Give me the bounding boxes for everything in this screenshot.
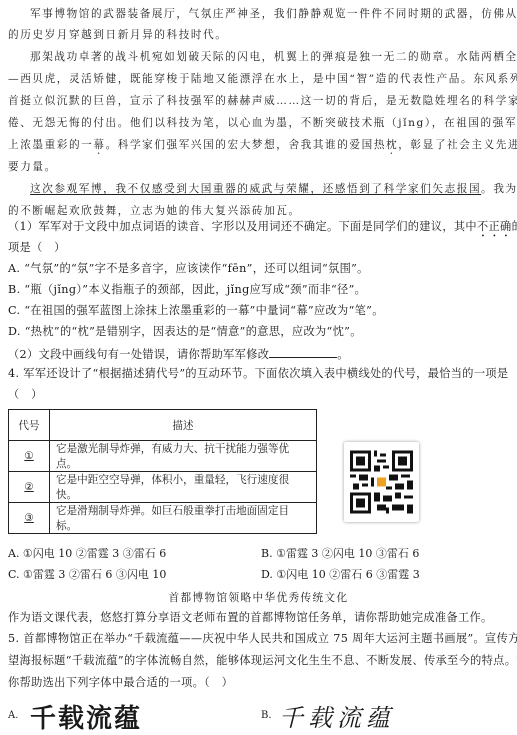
code-description-table: 代号 描述 ① 它是激光制导炸弹，有威力大、抗干扰能力强等优点。 ② 它是中距空… bbox=[8, 409, 317, 534]
q1-stem-line1: （1）军军对于文段中加点词语的读音、字形以及用词还不确定。下面是同学们的建议，其… bbox=[8, 220, 509, 240]
row-description: 它是滑翔制导炸弹。如巨石般重拳打击地面固定目标。 bbox=[50, 503, 317, 534]
row-code: ③ bbox=[9, 503, 50, 534]
passage-p1-line2: 的历史岁月穿越到日新月异的科技时代。 bbox=[8, 28, 509, 42]
row-description: 它是激光制导炸弹，有威力大、抗干扰能力强等优点。 bbox=[50, 441, 317, 472]
table-row: ③ 它是滑翔制导炸弹。如巨石般重拳打击地面固定目标。 bbox=[9, 503, 317, 534]
q5-option-a-calligraphy: 千载流蕴 bbox=[30, 698, 142, 735]
table-header-row: 代号 描述 bbox=[9, 410, 317, 441]
q4-option-a: A. ①闪电 10 ②雷霆 3 ③雷石 6 bbox=[8, 547, 166, 561]
passage-p2-line5: 上浓墨重彩的一幕。科学家们强军兴国的宏大梦想，舍我其谁的爱国热枕，彰显了社会主义… bbox=[8, 138, 509, 157]
passage-p2-line1: 那架战功卓著的战斗机宛如划破天际的闪电，机翼上的弹痕是独一无二的勋章。水陆两栖全… bbox=[30, 50, 509, 64]
emphasized-word: 不正确 bbox=[477, 220, 512, 233]
answer-blank[interactable] bbox=[269, 346, 337, 358]
emphasized-word: 幕 bbox=[93, 139, 105, 151]
table-row: ② 它是中距空空导弹，体积小，重量轻，飞行速度很快。 bbox=[9, 472, 317, 503]
row-code: ① bbox=[9, 441, 50, 472]
q5-option-b-label: B. bbox=[261, 709, 272, 723]
text: 。科学家们强军兴国的宏大梦想，舍我其谁的爱国热 bbox=[106, 139, 386, 151]
passage-p3-line1: 这次参观军博，我不仅感受到大国重器的威武与荣耀，还感悟到了科学家们矢志报国。我为… bbox=[30, 182, 509, 196]
q5-stem-line1: 5. 首都博物馆正在举办“千载流蕴——庆祝中华人民共和国成立 75 周年大运河主… bbox=[8, 632, 509, 646]
row-description: 它是中距空空导弹，体积小，重量轻，飞行速度很快。 bbox=[50, 472, 317, 503]
code-text: ③ bbox=[24, 512, 34, 524]
text: 。我为伟大祖国 bbox=[481, 183, 517, 195]
q1-option-d: D. “热枕”的“枕”是错别字，因表达的是“情意”的意思，应改为“忱”。 bbox=[8, 325, 509, 339]
q5-option-b-calligraphy: 千载流蕴 bbox=[279, 698, 395, 733]
passage-p1-line1: 军事博物馆的武器装备展厅，气氛庄严神圣，我们静静观览一件件不同时期的武器，仿佛从… bbox=[30, 7, 509, 21]
q4-option-d: D. ①闪电 10 ②雷石 6 ③雷霆 3 bbox=[261, 568, 420, 582]
q1-option-a: A. “气氛”的“氛”字不是多音字，应该读作“fēn”，还可以组词“氛围”。 bbox=[8, 262, 509, 276]
q4-option-c: C. ①雷霆 3 ②雷石 6 ③闪电 10 bbox=[8, 568, 166, 582]
text: （1）军军对于文段中加点词语的读音、字形以及用词还不确定。下面是同学们的建议，其… bbox=[8, 220, 477, 233]
section-title: 首都博物馆领略中华优秀传统文化 bbox=[0, 590, 517, 605]
header-description: 描述 bbox=[50, 410, 317, 441]
q1-stem-line2: 项是（ ） bbox=[8, 241, 509, 255]
q5-option-a-label: A. bbox=[8, 709, 18, 723]
passage-p2-line6: 要力量。 bbox=[8, 160, 509, 174]
q1-option-c: C. “在祖国的强军蓝图上涂抹上浓墨重彩的一幕”中量词“幕”应改为“笔”。 bbox=[8, 304, 509, 318]
q2-stem: （2）文段中画线句有一处错误，请你帮助军军修改。 bbox=[8, 346, 509, 362]
q4-stem-line2: （ ） bbox=[8, 388, 509, 402]
passage-p2-line4: 倦、无怨无悔的付出。他们以科技为笔，以心血为墨，不断突破技术瓶（jǐng），在祖… bbox=[8, 116, 509, 130]
q4-option-b: B. ①雷霆 3 ②闪电 10 ③雷石 6 bbox=[261, 547, 419, 561]
passage-p3-line2: 的不断崛起欢欣鼓舞，立志为她的伟大复兴添砖加瓦。 bbox=[8, 204, 509, 218]
section-intro: 作为语文课代表，悠悠打算分享语文老师布置的首都博物馆任务单，请你帮助她完成准备工… bbox=[8, 611, 509, 625]
underlined-sentence: 这次参观军博，我不仅感受到大国重器的威武与荣耀，还感悟到了科学家们矢志报国 bbox=[30, 183, 481, 195]
text: 上浓墨重彩的一 bbox=[8, 139, 93, 151]
text: ，彰显了社会主义先进文化的重 bbox=[398, 139, 517, 151]
q4-stem-line1: 4. 军军还设计了“根据描述猜代号”的互动环节。下面依次填入表中横线处的代号，最… bbox=[8, 367, 509, 381]
q5-stem-line2: 望海报标题“千载流蕴”的字体流畅自然，能够体现运河文化生生不息、不断发展、传承至… bbox=[8, 654, 509, 668]
passage-p2-line2: —西贝虎，灵活矫健，既能穿梭于陆地又能漂浮在水上，是中国“智”造的代表性产品。东… bbox=[8, 72, 509, 86]
q5-stem-line3: 你帮助选出下列字体中最合适的一项。（ ） bbox=[8, 676, 509, 690]
code-text: ② bbox=[24, 481, 34, 493]
passage-p2-line3: 首挺立似沉默的巨兽，宣示了科技强军的赫赫声威……这一切的背后，是无数隐姓埋名的科… bbox=[8, 94, 509, 108]
emphasized-word: 枕 bbox=[386, 139, 398, 151]
code-text: ① bbox=[24, 450, 34, 462]
qr-code bbox=[344, 442, 419, 522]
text: 的一 bbox=[512, 220, 517, 233]
q1-option-b: B. “瓶（jǐng）”本义指瓶子的颈部，因此，jǐng应写成“颈”而非“径”。 bbox=[8, 283, 509, 297]
text: 。 bbox=[337, 348, 349, 361]
table-row: ① 它是激光制导炸弹，有威力大、抗干扰能力强等优点。 bbox=[9, 441, 317, 472]
text: （2）文段中画线句有一处错误，请你帮助军军修改 bbox=[8, 348, 269, 361]
row-code: ② bbox=[9, 472, 50, 503]
header-code: 代号 bbox=[9, 410, 50, 441]
qr-code-icon bbox=[350, 448, 413, 516]
